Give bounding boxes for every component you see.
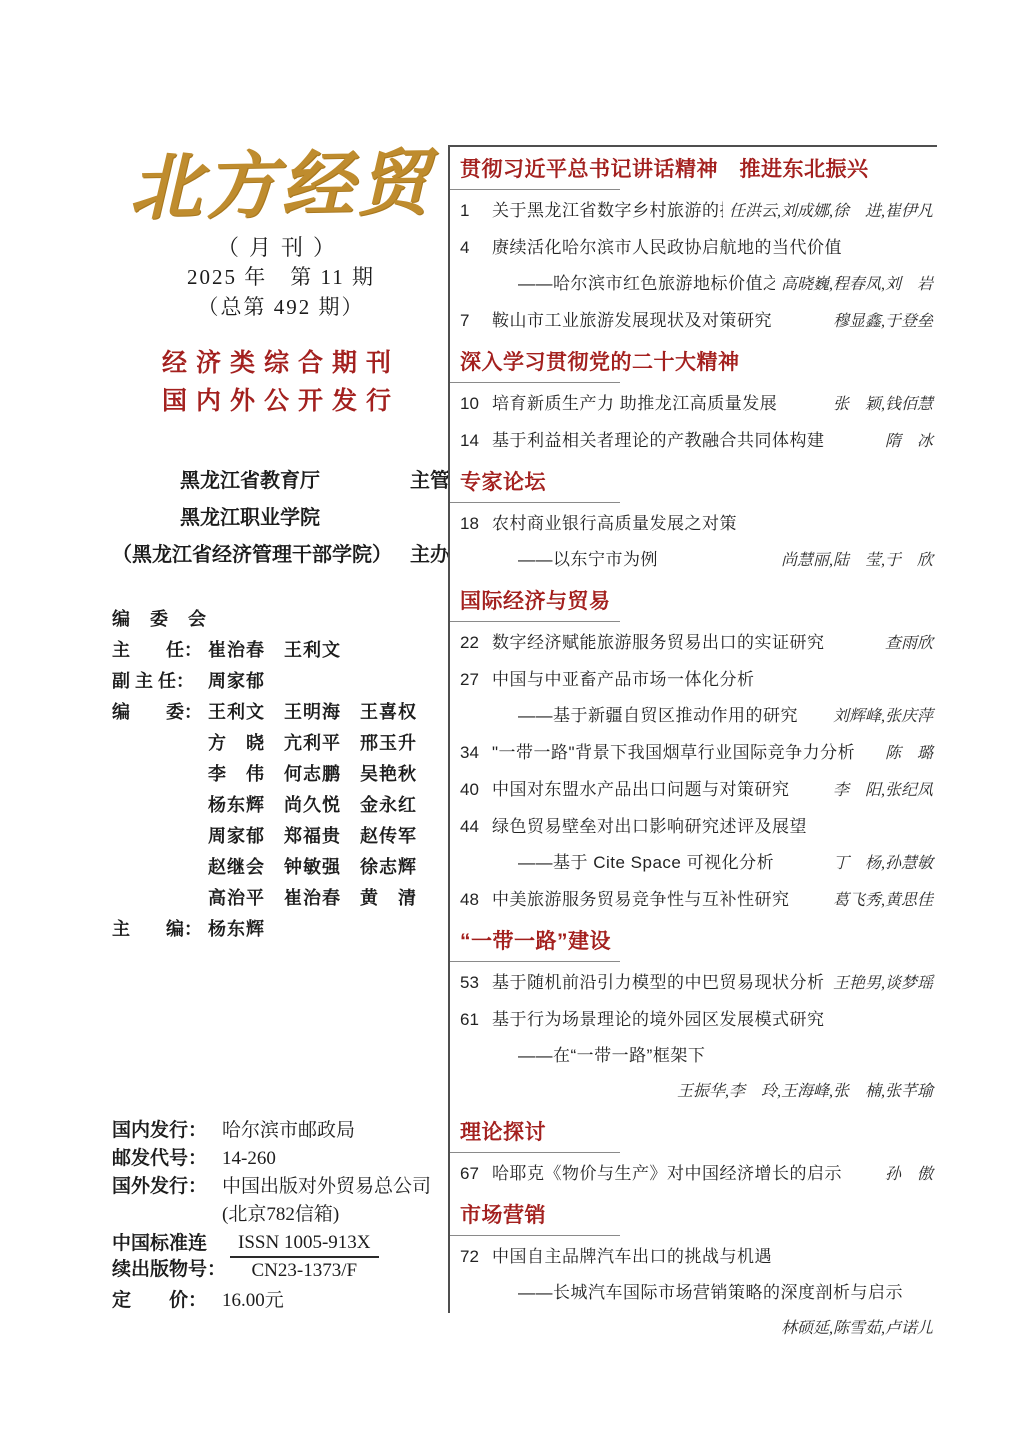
page-number: 44 (460, 815, 492, 839)
editorial-role-label: 主 任： (112, 635, 208, 666)
toc-entry: 34"一带一路"背景下我国烟草行业国际竞争力分析陈 璐 (450, 735, 937, 772)
cn-number: CN23-1373/F (230, 1258, 378, 1282)
toc-entry-subtitle: ——在“一带一路”框架下 (450, 1038, 937, 1074)
article-title: 中国自主品牌汽车出口的挑战与机遇 (492, 1245, 927, 1269)
toc-entry: 48中美旅游服务贸易竞争性与互补性研究葛飞秀,黄思佳 (450, 882, 937, 919)
article-title: 绿色贸易壁垒对出口影响研究述评及展望 (492, 815, 927, 839)
csn-label-line2: 续出版物号： (112, 1257, 226, 1283)
page-number: 53 (460, 971, 492, 995)
editorial-row: 方 晓 亢利平 邢玉升 (112, 728, 450, 759)
supervisor-row: 黑龙江省教育厅 主管 (112, 468, 450, 494)
page-number: 72 (460, 1245, 492, 1269)
csn-label: 中国标准连 续出版物号： (112, 1231, 226, 1283)
article-authors: 陈 璐 (885, 742, 933, 766)
supervisor-name: 黑龙江省教育厅 (180, 468, 320, 494)
editorial-names: 周家郁 (208, 671, 265, 691)
editorial-row: 李 伟 何志鹏 吴艳秋 (112, 759, 450, 790)
distribution-row: (北京782信箱) (112, 1201, 450, 1229)
page-number: 61 (460, 1008, 492, 1032)
journal-logo: 北方经贸 (111, 139, 450, 231)
editorial-row: 周家郁 郑福贵 赵传军 (112, 821, 450, 852)
toc-column: 贯彻习近平总书记讲话精神 推进东北振兴 1关于黑龙江省数字乡村旅游的探讨任洪云,… (448, 145, 937, 1313)
toc-entry-subtitle: ——基于 Cite Space 可视化分析丁 杨,孙慧敏 (450, 845, 937, 882)
article-authors: 葛飞秀,黄思佳 (833, 889, 933, 913)
toc-entry-authors: 王振华,李 玲,王海峰,张 楠,张芊瑜 (450, 1074, 937, 1110)
editorial-names: 周家郁 郑福贵 赵传军 (208, 826, 417, 846)
issn-number: ISSN 1005-913X (230, 1232, 378, 1258)
article-subtitle: ——在“一带一路”框架下 (492, 1044, 927, 1068)
toc-entry-authors: 林硕延,陈雪茹,卢诺儿 (450, 1311, 937, 1347)
distribution-value: 14-260 (222, 1148, 276, 1169)
toc-entry: 27中国与中亚畜产品市场一体化分析 (450, 662, 937, 698)
toc-entry: 4赓续活化哈尔滨市人民政协启航地的当代价值 (450, 230, 937, 266)
article-title: 农村商业银行高质量发展之对策 (492, 512, 927, 536)
article-subtitle: ——长城汽车国际市场营销策略的深度剖析与启示 (492, 1281, 927, 1305)
distribution-row: 国内发行：哈尔滨市邮政局 (112, 1117, 450, 1145)
editorial-row: 杨东辉 尚久悦 金永红 (112, 790, 450, 821)
editorial-row: 高治平 崔治春 黄 清 (112, 883, 450, 914)
issue-total-number: （总第 492 期） (112, 292, 450, 322)
toc-entry: 44绿色贸易壁垒对出口影响研究述评及展望 (450, 809, 937, 845)
toc-section-title: “一带一路”建设 (460, 928, 937, 955)
article-authors: 刘辉峰,张庆萍 (833, 705, 933, 729)
article-authors: 李 阳,张纪凤 (833, 779, 933, 803)
toc-entry-subtitle: ——以东宁市为例尚慧丽,陆 莹,于 欣 (450, 542, 937, 579)
article-authors: 王艳男,谈梦瑶 (833, 972, 933, 996)
toc-entry: 14基于利益相关者理论的产教融合共同体构建隋 冰 (450, 423, 937, 460)
editorial-role-label: 主 编： (112, 914, 208, 945)
section-rule (450, 1152, 620, 1153)
article-title: 鞍山市工业旅游发展现状及对策研究 (492, 309, 827, 333)
monthly-label: （月刊） (112, 234, 450, 262)
tagline-category: 经济类综合期刊 (112, 344, 450, 382)
toc-entry: 18农村商业银行高质量发展之对策 (450, 506, 937, 542)
standard-serial-number-row: 中国标准连 续出版物号： ISSN 1005-913X CN23-1373/F (112, 1231, 450, 1283)
editorial-row: 编 委：王利文 王明海 王喜权 (112, 697, 450, 728)
section-rule (450, 189, 620, 190)
section-rule (450, 621, 620, 622)
csn-label-line1: 中国标准连 (112, 1231, 226, 1257)
article-title: 培育新质生产力 助推龙江高质量发展 (492, 392, 827, 416)
toc-entry: 10培育新质生产力 助推龙江高质量发展张 颖,钱佰慧 (450, 386, 937, 423)
toc-entry: 53基于随机前沿引力模型的中巴贸易现状分析王艳男,谈梦瑶 (450, 965, 937, 1002)
page-number: 67 (460, 1162, 492, 1186)
toc-entry: 40中国对东盟水产品出口问题与对策研究李 阳,张纪凤 (450, 772, 937, 809)
toc-section-title: 国际经济与贸易 (460, 588, 937, 615)
journal-toc-page: 北方经贸 （月刊） 2025 年 第 11 期 （总第 492 期） 经济类综合… (0, 0, 1024, 1436)
page-number: 27 (460, 668, 492, 692)
distribution-value: 中国出版对外贸易总公司 (222, 1176, 431, 1197)
page-number: 4 (460, 236, 492, 260)
distribution-row: 邮发代号：14-260 (112, 1145, 450, 1173)
distribution-row: 国外发行：中国出版对外贸易总公司 (112, 1173, 450, 1201)
issue-number: 2025 年 第 11 期 (112, 262, 450, 292)
masthead-column: 北方经贸 （月刊） 2025 年 第 11 期 （总第 492 期） 经济类综合… (112, 142, 450, 1315)
editorial-role-label: 副 主 任： (112, 666, 208, 697)
editorial-names: 杨东辉 (208, 919, 265, 939)
price-value: 16.00元 (222, 1290, 284, 1311)
distribution-label: 国外发行： (112, 1173, 222, 1201)
article-title: 基于随机前沿引力模型的中巴贸易现状分析 (492, 971, 827, 995)
host-paren-row: （黑龙江省经济管理干部学院） 主办 (112, 542, 450, 568)
article-authors: 隋 冰 (885, 430, 933, 454)
article-subtitle: ——基于新疆自贸区推动作用的研究 (492, 704, 827, 728)
distribution-label: 邮发代号： (112, 1145, 222, 1173)
toc-entry-subtitle: ——基于新疆自贸区推动作用的研究刘辉峰,张庆萍 (450, 698, 937, 735)
article-authors: 任洪云,刘成娜,徐 进,崔伊凡 (729, 200, 933, 224)
host-role: 主办 (410, 542, 450, 568)
tagline-distribution: 国内外公开发行 (112, 382, 450, 420)
section-rule (450, 1235, 620, 1236)
toc-entry: 72中国自主品牌汽车出口的挑战与机遇 (450, 1239, 937, 1275)
toc-entry: 67哈耶克《物价与生产》对中国经济增长的启示孙 傲 (450, 1156, 937, 1193)
section-rule (450, 502, 620, 503)
page-number: 7 (460, 309, 492, 333)
article-subtitle: ——哈尔滨市红色旅游地标价值之赋新 (492, 272, 775, 296)
toc-section-title: 贯彻习近平总书记讲话精神 推进东北振兴 (460, 156, 937, 183)
price-label: 定 价： (112, 1287, 222, 1315)
article-subtitle: ——基于 Cite Space 可视化分析 (492, 851, 827, 875)
host-name-row: 黑龙江职业学院 (112, 505, 450, 531)
editorial-names: 赵继会 钟敏强 徐志辉 (208, 857, 417, 877)
editorial-row: 主 编：杨东辉 (112, 914, 450, 945)
editorial-names: 杨东辉 尚久悦 金永红 (208, 795, 417, 815)
article-title: 数字经济赋能旅游服务贸易出口的实证研究 (492, 631, 879, 655)
editorial-names: 王利文 王明海 王喜权 (208, 702, 417, 722)
page-number: 22 (460, 631, 492, 655)
article-authors: 林硕延,陈雪茹,卢诺儿 (781, 1317, 933, 1341)
toc-entry: 61基于行为场景理论的境外园区发展模式研究 (450, 1002, 937, 1038)
toc-entry-subtitle: ——长城汽车国际市场营销策略的深度剖析与启示 (450, 1275, 937, 1311)
editorial-role-label: 编 委： (112, 697, 208, 728)
toc-section-title: 理论探讨 (460, 1119, 937, 1146)
csn-values: ISSN 1005-913X CN23-1373/F (230, 1232, 378, 1282)
article-authors: 张 颖,钱佰慧 (833, 393, 933, 417)
article-title: 哈耶克《物价与生产》对中国经济增长的启示 (492, 1162, 879, 1186)
editorial-row: 副 主 任：周家郁 (112, 666, 450, 697)
page-number: 34 (460, 741, 492, 765)
editorial-board-title: 编 委 会 (112, 604, 450, 635)
article-title: "一带一路"背景下我国烟草行业国际竞争力分析 (492, 741, 879, 765)
article-authors: 孙 傲 (885, 1163, 933, 1187)
article-authors: 查雨欣 (885, 632, 933, 656)
toc-section-title: 市场营销 (460, 1202, 937, 1229)
editorial-row: 赵继会 钟敏强 徐志辉 (112, 852, 450, 883)
article-subtitle: ——以东宁市为例 (492, 548, 775, 572)
toc-entry-subtitle: ——哈尔滨市红色旅游地标价值之赋新高晓巍,程春凤,刘 岩 (450, 266, 937, 303)
editorial-names: 高治平 崔治春 黄 清 (208, 888, 417, 908)
host-paren-name: （黑龙江省经济管理干部学院） (112, 542, 392, 568)
article-authors: 尚慧丽,陆 莹,于 欣 (781, 549, 933, 573)
article-title: 基于行为场景理论的境外园区发展模式研究 (492, 1008, 927, 1032)
article-title: 关于黑龙江省数字乡村旅游的探讨 (492, 199, 723, 223)
article-authors: 丁 杨,孙慧敏 (833, 852, 933, 876)
host-name: 黑龙江职业学院 (180, 505, 320, 531)
editorial-names: 方 晓 亢利平 邢玉升 (208, 733, 417, 753)
section-rule (450, 961, 620, 962)
article-title: 中国对东盟水产品出口问题与对策研究 (492, 778, 827, 802)
toc-entry: 7鞍山市工业旅游发展现状及对策研究穆显鑫,于登垒 (450, 303, 937, 340)
article-authors: 穆显鑫,于登垒 (833, 310, 933, 334)
page-number: 40 (460, 778, 492, 802)
editorial-row: 主 任：崔治春 王利文 (112, 635, 450, 666)
editorial-names: 李 伟 何志鹏 吴艳秋 (208, 764, 417, 784)
distribution-label: 国内发行： (112, 1117, 222, 1145)
distribution-block: 国内发行：哈尔滨市邮政局 邮发代号：14-260 国外发行：中国出版对外贸易总公… (112, 1117, 450, 1315)
editorial-board-block: 编 委 会 主 任：崔治春 王利文 副 主 任：周家郁 编 委：王利文 王明海 … (112, 604, 450, 945)
article-title: 赓续活化哈尔滨市人民政协启航地的当代价值 (492, 236, 927, 260)
publisher-block: 黑龙江省教育厅 主管 黑龙江职业学院 （黑龙江省经济管理干部学院） 主办 (112, 468, 450, 568)
page-number: 48 (460, 888, 492, 912)
page-number: 1 (460, 199, 492, 223)
article-authors: 高晓巍,程春凤,刘 岩 (781, 273, 933, 297)
toc-section-title: 深入学习贯彻党的二十大精神 (460, 349, 937, 376)
price-row: 定 价：16.00元 (112, 1287, 450, 1315)
toc-entry: 1关于黑龙江省数字乡村旅游的探讨任洪云,刘成娜,徐 进,崔伊凡 (450, 193, 937, 230)
page-number: 10 (460, 392, 492, 416)
toc-section-title: 专家论坛 (460, 469, 937, 496)
article-title: 中美旅游服务贸易竞争性与互补性研究 (492, 888, 827, 912)
page-number: 18 (460, 512, 492, 536)
supervisor-role: 主管 (410, 468, 450, 494)
editorial-names: 崔治春 王利文 (208, 640, 341, 660)
section-rule (450, 382, 620, 383)
article-authors: 王振华,李 玲,王海峰,张 楠,张芊瑜 (677, 1080, 933, 1104)
page-number: 14 (460, 429, 492, 453)
distribution-value: (北京782信箱) (112, 1204, 339, 1225)
article-title: 中国与中亚畜产品市场一体化分析 (492, 668, 927, 692)
article-title: 基于利益相关者理论的产教融合共同体构建 (492, 429, 879, 453)
distribution-value: 哈尔滨市邮政局 (222, 1120, 355, 1141)
toc-entry: 22数字经济赋能旅游服务贸易出口的实证研究查雨欣 (450, 625, 937, 662)
